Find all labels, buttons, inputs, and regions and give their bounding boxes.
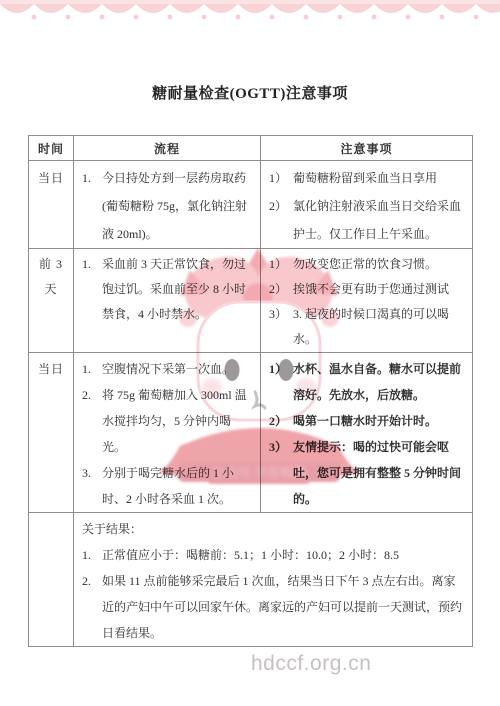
notes-item: 1）水杯、温水自备。糖水可以提前溶好。先放水，后放糖。	[269, 356, 464, 408]
notes-item-text: 勿改变您正常的饮食习惯。	[293, 257, 437, 271]
result-heading: 关于结果：	[82, 516, 464, 542]
table-row: 前 3 天 1.采血前 3 天正常饮食，勿过饱过饥。采血前至少 8 小时禁食，4…	[29, 249, 473, 353]
result-row: 关于结果： 1.正常值应小于：喝糖前：5.1；1 小时：10.0；2 小时：8.…	[29, 513, 473, 647]
list-marker: 1.	[82, 164, 91, 192]
time-cell: 当日	[29, 161, 74, 249]
process-item-text: 分别于喝完糖水后的 1 小时、2 小时各采血 1 次。	[102, 466, 234, 506]
list-marker: 2.	[82, 568, 91, 594]
notes-item-text: 水杯、温水自备。糖水可以提前溶好。先放水，后放糖。	[293, 362, 461, 402]
header-time: 时间	[29, 136, 74, 161]
time-cell: 当日	[29, 353, 74, 513]
table-row: 当日 1.今日持处方到一层药房取药(葡萄糖粉 75g，氯化钠注射液 20ml)。…	[29, 161, 473, 249]
notes-cell: 1）水杯、温水自备。糖水可以提前溶好。先放水，后放糖。 2）喝第一口糖水时开始计…	[261, 353, 473, 513]
process-item: 2.将 75g 葡萄糖加入 300ml 温水搅拌均匀，5 分钟内喝光。	[82, 382, 252, 460]
notes-item: 2）氯化钠注射液采血当日交给采血护士。仅工作日上午采血。	[269, 192, 464, 248]
process-item: 3.分别于喝完糖水后的 1 小时、2 小时各采血 1 次。	[82, 460, 252, 512]
site-url-watermark: hdccf.org.cn	[251, 652, 371, 676]
list-marker: 2.	[82, 382, 91, 408]
document-page: 糖耐量检查(OGTT)注意事项 时间 流程 注意事项 当日 1.今日持处方到一层…	[0, 0, 500, 706]
result-item: 1.正常值应小于：喝糖前：5.1；1 小时：10.0；2 小时：8.5	[82, 542, 464, 568]
process-item-text: 空腹情况下采第一次血。	[102, 362, 234, 376]
notes-item-text: 葡萄糖粉留到采血当日享用	[293, 171, 437, 185]
notes-item: 1）葡萄糖粉留到采血当日享用	[269, 164, 464, 192]
notes-item: 1）勿改变您正常的饮食习惯。	[269, 252, 464, 277]
list-marker: 3）	[269, 434, 287, 460]
time-cell-empty	[29, 513, 74, 647]
notes-item-text: 友情提示：喝的过快可能会呕吐，您可是拥有整整 5 分钟时间的。	[293, 440, 461, 506]
result-item-text: 正常值应小于：喝糖前：5.1；1 小时：10.0；2 小时：8.5	[102, 548, 399, 562]
list-marker: 1.	[82, 542, 91, 568]
notes-item: 3）3. 起夜的时候口渴真的可以喝水。	[269, 302, 464, 352]
table-header-row: 时间 流程 注意事项	[29, 136, 473, 161]
notes-item-text: 氯化钠注射液采血当日交给采血护士。仅工作日上午采血。	[293, 199, 461, 241]
list-marker: 1）	[269, 356, 287, 382]
list-marker: 1）	[269, 164, 287, 192]
ogtt-notice-table: 时间 流程 注意事项 当日 1.今日持处方到一层药房取药(葡萄糖粉 75g，氯化…	[28, 135, 473, 647]
process-cell: 1.空腹情况下采第一次血。 2.将 75g 葡萄糖加入 300ml 温水搅拌均匀…	[74, 353, 261, 513]
notes-item: 2）挨饿不会更有助于您通过测试	[269, 277, 464, 302]
list-marker: 2）	[269, 192, 287, 220]
notes-item: 3）友情提示：喝的过快可能会呕吐，您可是拥有整整 5 分钟时间的。	[269, 434, 464, 512]
notes-cell: 1）葡萄糖粉留到采血当日享用 2）氯化钠注射液采血当日交给采血护士。仅工作日上午…	[261, 161, 473, 249]
notes-item-text: 挨饿不会更有助于您通过测试	[293, 282, 449, 296]
lace-garland-decoration	[0, 0, 500, 26]
notes-item-text: 3. 起夜的时候口渴真的可以喝水。	[293, 307, 449, 346]
list-marker: 1.	[82, 356, 91, 382]
list-marker: 3.	[82, 460, 91, 486]
process-item-text: 采血前 3 天正常饮食，勿过饱过饥。采血前至少 8 小时禁食，4 小时禁水。	[102, 257, 246, 321]
header-notes: 注意事项	[261, 136, 473, 161]
process-cell: 1.采血前 3 天正常饮食，勿过饱过饥。采血前至少 8 小时禁食，4 小时禁水。	[74, 249, 261, 353]
header-process: 流程	[74, 136, 261, 161]
result-item: 2.如果 11 点前能够采完最后 1 次血，结果当日下午 3 点左右出。离家近的…	[82, 568, 464, 646]
process-item: 1.今日持处方到一层药房取药(葡萄糖粉 75g，氯化钠注射液 20ml)。	[82, 164, 252, 248]
list-marker: 2）	[269, 408, 287, 434]
list-marker: 2）	[269, 277, 287, 302]
result-item-text: 如果 11 点前能够采完最后 1 次血，结果当日下午 3 点左右出。离家近的产妇…	[102, 574, 462, 640]
notes-item-text: 喝第一口糖水时开始计时。	[293, 414, 437, 428]
list-marker: 1.	[82, 252, 91, 277]
process-item: 1.空腹情况下采第一次血。	[82, 356, 252, 382]
process-item-text: 今日持处方到一层药房取药(葡萄糖粉 75g，氯化钠注射液 20ml)。	[102, 171, 247, 241]
notes-cell: 1）勿改变您正常的饮食习惯。 2）挨饿不会更有助于您通过测试 3）3. 起夜的时…	[261, 249, 473, 353]
process-cell: 1.今日持处方到一层药房取药(葡萄糖粉 75g，氯化钠注射液 20ml)。	[74, 161, 261, 249]
process-item: 1.采血前 3 天正常饮食，勿过饱过饥。采血前至少 8 小时禁食，4 小时禁水。	[82, 252, 252, 327]
list-marker: 1）	[269, 252, 287, 277]
table-row: 当日 1.空腹情况下采第一次血。 2.将 75g 葡萄糖加入 300ml 温水搅…	[29, 353, 473, 513]
notes-item: 2）喝第一口糖水时开始计时。	[269, 408, 464, 434]
time-cell: 前 3 天	[29, 249, 74, 353]
list-marker: 3）	[269, 302, 287, 327]
process-item-text: 将 75g 葡萄糖加入 300ml 温水搅拌均匀，5 分钟内喝光。	[102, 388, 247, 454]
page-title: 糖耐量检查(OGTT)注意事项	[0, 82, 500, 103]
result-cell: 关于结果： 1.正常值应小于：喝糖前：5.1；1 小时：10.0；2 小时：8.…	[74, 513, 473, 647]
